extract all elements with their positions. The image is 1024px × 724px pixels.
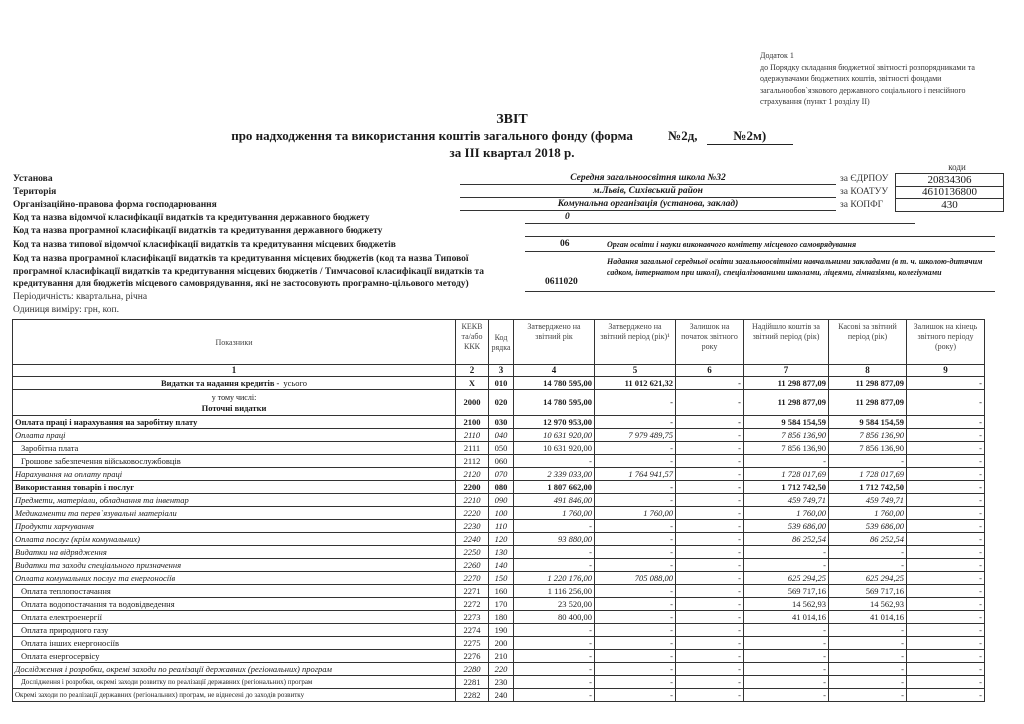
value-cell: - (829, 676, 907, 689)
value-cell: - (676, 676, 744, 689)
row-code-cell: 150 (489, 572, 514, 585)
value-cell: - (595, 455, 676, 468)
kekv-cell: 2274 (456, 624, 489, 637)
value-cell: - (676, 494, 744, 507)
row-label: Видатки та заходи спеціального призначен… (13, 559, 456, 572)
value-cell: 12 970 953,00 (514, 416, 595, 429)
value-cell: - (676, 377, 744, 390)
value-cell: - (744, 559, 829, 572)
value-cell: - (676, 650, 744, 663)
col-header: Код рядка (489, 320, 514, 365)
row-code-cell: 140 (489, 559, 514, 572)
table-row: Видатки та надання кредитів -усьогоX0101… (13, 377, 985, 390)
value-cell: - (595, 533, 676, 546)
kekv-cell: 2272 (456, 598, 489, 611)
row-code-cell: 220 (489, 663, 514, 676)
table-row: Видатки на відрядження2250130------ (13, 546, 985, 559)
kekv-cell: X (456, 377, 489, 390)
col-header: Залишок на кінець звітного періоду (року… (907, 320, 985, 365)
value-cell: 1 760,00 (514, 507, 595, 520)
kekv-cell: 2111 (456, 442, 489, 455)
value-cell: 9 584 154,59 (829, 416, 907, 429)
col-number: 5 (595, 365, 676, 377)
value-cell: 1 728 017,69 (744, 468, 829, 481)
dept-class-label: Код та назва відомчої класифікації видат… (13, 213, 370, 223)
value-cell: - (907, 520, 985, 533)
institution-value: Середня загальноосвітня школа №32 (460, 173, 836, 185)
row-label: Оплата теплопостачання (13, 585, 456, 598)
annex-note: Додаток 1 до Порядку складання бюджетної… (760, 50, 1000, 108)
value-cell: - (829, 663, 907, 676)
row-label: Використання товарів і послуг (13, 481, 456, 494)
value-cell: - (744, 624, 829, 637)
kekv-cell: 2250 (456, 546, 489, 559)
table-row: Оплата праці і нарахування на заробітну … (13, 416, 985, 429)
kekv-cell: 2276 (456, 650, 489, 663)
col-header: Затверджено на звітний період (рік)¹ (595, 320, 676, 365)
row-code-cell: 130 (489, 546, 514, 559)
value-cell: - (676, 624, 744, 637)
prog-class-label: Код та назва програмної класифікації вид… (13, 226, 382, 236)
value-cell: - (907, 390, 985, 416)
institution-label: Установа (13, 174, 53, 184)
territory-label: Територія (13, 187, 56, 197)
value-cell: - (676, 546, 744, 559)
value-cell: - (676, 559, 744, 572)
value-cell: - (907, 611, 985, 624)
value-cell: 1 712 742,50 (744, 481, 829, 494)
row-label: Нарахування на оплату праці (13, 468, 456, 481)
value-cell: - (595, 494, 676, 507)
value-cell: 1 728 017,69 (829, 468, 907, 481)
value-cell: - (676, 455, 744, 468)
row-code-cell: 170 (489, 598, 514, 611)
value-cell: 1 764 941,57 (595, 468, 676, 481)
value-cell: - (907, 546, 985, 559)
annex-line: загальнообов`язкового державного соціаль… (760, 85, 1000, 97)
value-cell: 14 780 595,00 (514, 377, 595, 390)
territory-value: м.Львів, Сихівський район (460, 186, 836, 198)
row-label: Дослідження і розробки, окремі заходи по… (13, 663, 456, 676)
value-cell: - (676, 390, 744, 416)
value-cell: - (744, 676, 829, 689)
value-cell: - (907, 572, 985, 585)
kekv-cell: 2240 (456, 533, 489, 546)
value-cell: - (676, 533, 744, 546)
value-cell: - (907, 481, 985, 494)
value-cell: - (907, 533, 985, 546)
value-cell: - (907, 442, 985, 455)
value-cell: - (595, 611, 676, 624)
value-cell: 459 749,71 (829, 494, 907, 507)
local-prog-field: 0611020 Надання загальної середньої осві… (525, 254, 995, 292)
kekv-cell: 2230 (456, 520, 489, 533)
value-cell: 625 294,25 (744, 572, 829, 585)
table-row: Продукти харчування2230110---539 686,005… (13, 520, 985, 533)
row-label: Оплата електроенергії (13, 611, 456, 624)
table-row: Заробітна плата211105010 631 920,00--7 8… (13, 442, 985, 455)
value-cell: - (907, 455, 985, 468)
value-cell: - (595, 390, 676, 416)
value-cell: - (744, 689, 829, 702)
row-label: Заробітна плата (13, 442, 456, 455)
kekv-cell: 2200 (456, 481, 489, 494)
koatuu-label: за КОАТУУ (840, 187, 888, 197)
col-header: Затверджено на звітний рік (514, 320, 595, 365)
row-code-cell: 040 (489, 429, 514, 442)
kekv-cell: 2260 (456, 559, 489, 572)
value-cell: 86 252,54 (829, 533, 907, 546)
row-label-text: Видатки та надання кредитів - (161, 378, 279, 388)
row-code-cell: 120 (489, 533, 514, 546)
table-row: Медикаменти та перев`язувальні матеріали… (13, 507, 985, 520)
value-cell: 1 760,00 (595, 507, 676, 520)
value-cell: - (595, 585, 676, 598)
value-cell: 9 584 154,59 (744, 416, 829, 429)
table-row: Нарахування на оплату праці21200702 339 … (13, 468, 985, 481)
value-cell: 23 520,00 (514, 598, 595, 611)
value-cell: - (676, 572, 744, 585)
typical-dept-code: 06 (560, 239, 570, 249)
kekv-cell: 2110 (456, 429, 489, 442)
value-cell: - (595, 416, 676, 429)
typical-dept-label: Код та назва типової відомчої класифікац… (13, 240, 396, 250)
value-cell: - (676, 637, 744, 650)
typical-dept-name: Орган освіти і науки виконавчого комітет… (607, 240, 856, 249)
column-number-row: 1 2 3 4 5 6 7 8 9 (13, 365, 985, 377)
value-cell: - (907, 377, 985, 390)
col-number: 7 (744, 365, 829, 377)
kekv-cell: 2282 (456, 689, 489, 702)
col-number: 3 (489, 365, 514, 377)
value-cell: - (595, 559, 676, 572)
value-cell: - (829, 455, 907, 468)
row-code-cell: 020 (489, 390, 514, 416)
value-cell: 41 014,16 (829, 611, 907, 624)
row-label-prefix: у тому числі: (15, 392, 453, 403)
value-cell: 1 116 256,00 (514, 585, 595, 598)
row-code-cell: 190 (489, 624, 514, 637)
row-label-text: Поточні видатки (15, 403, 453, 414)
form-number-b: №2м) (707, 128, 793, 145)
value-cell: - (829, 637, 907, 650)
kekv-cell: 2100 (456, 416, 489, 429)
col-number: 6 (676, 365, 744, 377)
value-cell: 1 760,00 (744, 507, 829, 520)
row-label: Медикаменти та перев`язувальні матеріали (13, 507, 456, 520)
value-cell: - (595, 598, 676, 611)
value-cell: - (514, 520, 595, 533)
col-number: 8 (829, 365, 907, 377)
codes-header: коди (912, 162, 1002, 172)
value-cell: - (514, 689, 595, 702)
row-label: Видатки на відрядження (13, 546, 456, 559)
value-cell: 11 298 877,09 (744, 390, 829, 416)
value-cell: - (907, 689, 985, 702)
value-cell: - (676, 507, 744, 520)
value-cell: - (676, 611, 744, 624)
value-cell: 569 717,16 (744, 585, 829, 598)
value-cell: - (744, 650, 829, 663)
typical-dept-field: 06 Орган освіти і науки виконавчого комі… (525, 239, 995, 252)
dept-class-value: 0 (525, 212, 915, 224)
row-code-cell: 240 (489, 689, 514, 702)
value-cell: - (595, 689, 676, 702)
report-subtitle: про надходження та використання коштів з… (0, 128, 1024, 145)
row-code-cell: 050 (489, 442, 514, 455)
table-row: Оплата послуг (крім комунальних)22401209… (13, 533, 985, 546)
annex-line: до Порядку складання бюджетної звітності… (760, 62, 1000, 74)
value-cell: - (514, 559, 595, 572)
row-code-cell: 210 (489, 650, 514, 663)
value-cell: - (829, 546, 907, 559)
value-cell: 1 807 662,00 (514, 481, 595, 494)
table-row: Грошове забезпечення військовослужбовців… (13, 455, 985, 468)
value-cell: - (907, 650, 985, 663)
value-cell: 14 562,93 (744, 598, 829, 611)
row-label: Оплата енергосервісу (13, 650, 456, 663)
local-prog-code: 0611020 (545, 277, 578, 287)
value-cell: - (907, 676, 985, 689)
value-cell: 569 717,16 (829, 585, 907, 598)
value-cell: 10 631 920,00 (514, 429, 595, 442)
value-cell: 93 880,00 (514, 533, 595, 546)
kekv-cell: 2281 (456, 676, 489, 689)
value-cell: - (907, 598, 985, 611)
value-cell: - (907, 559, 985, 572)
kopfg-label: за КОПФГ (840, 200, 883, 210)
value-cell: - (595, 650, 676, 663)
table-row: Предмети, матеріали, обладнання та інвен… (13, 494, 985, 507)
table-row: Дослідження і розробки, окремі заходи ро… (13, 676, 985, 689)
row-code-cell: 230 (489, 676, 514, 689)
row-code-cell: 070 (489, 468, 514, 481)
value-cell: 11 012 621,32 (595, 377, 676, 390)
table-row: Видатки та заходи спеціального призначен… (13, 559, 985, 572)
local-prog-name: Надання загальної середньої освіти загал… (607, 256, 987, 278)
value-cell: - (676, 689, 744, 702)
row-code-cell: 160 (489, 585, 514, 598)
row-label: Оплата водопостачання та водовідведення (13, 598, 456, 611)
row-label: Дослідження і розробки, окремі заходи ро… (13, 676, 456, 689)
value-cell: 11 298 877,09 (829, 390, 907, 416)
kekv-cell: 2270 (456, 572, 489, 585)
value-cell: 14 780 595,00 (514, 390, 595, 416)
org-form-label: Організаційно-правова форма господарюван… (13, 200, 217, 210)
col-header: Залишок на початок звітного року (676, 320, 744, 365)
value-cell: - (514, 546, 595, 559)
value-cell: - (595, 663, 676, 676)
annex-line: одержувачами бюджетних коштів, звітності… (760, 73, 1000, 85)
value-cell: - (514, 624, 595, 637)
value-cell: 11 298 877,09 (744, 377, 829, 390)
value-cell: - (676, 520, 744, 533)
value-cell: - (514, 455, 595, 468)
annex-line: Додаток 1 (760, 50, 1000, 62)
row-code-cell: 090 (489, 494, 514, 507)
value-cell: - (907, 585, 985, 598)
value-cell: - (907, 507, 985, 520)
value-cell: 11 298 877,09 (829, 377, 907, 390)
annex-line: страхування (пункт 1 розділу II) (760, 96, 1000, 108)
value-cell: 2 339 033,00 (514, 468, 595, 481)
value-cell: - (676, 663, 744, 676)
value-cell: 7 856 136,90 (744, 429, 829, 442)
value-cell: 80 400,00 (514, 611, 595, 624)
col-header: Касові за звітний період (рік) (829, 320, 907, 365)
value-cell: 705 088,00 (595, 572, 676, 585)
value-cell: - (514, 650, 595, 663)
periodicity: Періодичність: квартальна, річна (13, 292, 147, 302)
prog-class-value (525, 225, 995, 237)
col-number: 2 (456, 365, 489, 377)
col-number: 9 (907, 365, 985, 377)
col-header: Показники (13, 320, 456, 365)
report-table: Показники КЕКВ та/або ККК Код рядка Затв… (12, 319, 985, 702)
row-label: Оплата праці і нарахування на заробітну … (13, 416, 456, 429)
row-code-cell: 030 (489, 416, 514, 429)
value-cell: - (907, 637, 985, 650)
col-number: 4 (514, 365, 595, 377)
value-cell: 491 846,00 (514, 494, 595, 507)
org-form-value: Комунальна організація (установа, заклад… (460, 199, 836, 211)
value-cell: 14 562,93 (829, 598, 907, 611)
value-cell: - (744, 637, 829, 650)
value-cell: - (907, 468, 985, 481)
row-label: Оплата природного газу (13, 624, 456, 637)
value-cell: - (595, 637, 676, 650)
value-cell: 7 979 489,75 (595, 429, 676, 442)
value-cell: - (907, 429, 985, 442)
table-row: Оплата праці211004010 631 920,007 979 48… (13, 429, 985, 442)
kekv-cell: 2275 (456, 637, 489, 650)
kekv-cell: 2273 (456, 611, 489, 624)
row-label: Окремі заходи по реалізації державних (р… (13, 689, 456, 702)
value-cell: - (595, 546, 676, 559)
value-cell: 1 760,00 (829, 507, 907, 520)
row-code-cell: 110 (489, 520, 514, 533)
value-cell: - (907, 663, 985, 676)
value-cell: 539 686,00 (829, 520, 907, 533)
koatuu-code: 4610136800 (895, 186, 1004, 199)
row-label: Видатки та надання кредитів -усього (13, 377, 456, 390)
value-cell: - (829, 559, 907, 572)
kekv-cell: 2000 (456, 390, 489, 416)
table-row: Оплата електроенергії227318080 400,00--4… (13, 611, 985, 624)
row-label: Грошове забезпечення військовослужбовців (13, 455, 456, 468)
kekv-cell: 2280 (456, 663, 489, 676)
row-label: Оплата послуг (крім комунальних) (13, 533, 456, 546)
value-cell: - (676, 416, 744, 429)
value-cell: - (829, 624, 907, 637)
row-label: Оплата праці (13, 429, 456, 442)
table-row: Оплата енергосервісу2276210------ (13, 650, 985, 663)
edrpou-code: 20834306 (895, 173, 1004, 187)
row-code-cell: 080 (489, 481, 514, 494)
table-row: Оплата водопостачання та водовідведення2… (13, 598, 985, 611)
value-cell: 539 686,00 (744, 520, 829, 533)
kekv-cell: 2120 (456, 468, 489, 481)
row-label: Оплата комунальних послуг та енергоносії… (13, 572, 456, 585)
row-code-cell: 180 (489, 611, 514, 624)
value-cell: - (595, 481, 676, 494)
table-row: Дослідження і розробки, окремі заходи по… (13, 663, 985, 676)
value-cell: - (907, 416, 985, 429)
form-number-a: №2д, (668, 128, 697, 144)
value-cell: - (676, 442, 744, 455)
value-cell: 1 712 742,50 (829, 481, 907, 494)
report-period: за III квартал 2018 р. (0, 145, 1024, 161)
row-label: у тому числі:Поточні видатки (13, 390, 456, 416)
row-code-cell: 200 (489, 637, 514, 650)
value-cell: - (676, 585, 744, 598)
col-header: Надійшло коштів за звітний період (рік) (744, 320, 829, 365)
value-cell: - (595, 520, 676, 533)
value-cell: 459 749,71 (744, 494, 829, 507)
value-cell: 86 252,54 (744, 533, 829, 546)
value-cell: - (744, 546, 829, 559)
value-cell: 10 631 920,00 (514, 442, 595, 455)
value-cell: - (514, 663, 595, 676)
table-row: Оплата комунальних послуг та енергоносії… (13, 572, 985, 585)
value-cell: 7 856 136,90 (829, 429, 907, 442)
value-cell: 7 856 136,90 (744, 442, 829, 455)
value-cell: - (907, 624, 985, 637)
table-header-row: Показники КЕКВ та/або ККК Код рядка Затв… (13, 320, 985, 365)
col-header: КЕКВ та/або ККК (456, 320, 489, 365)
kekv-cell: 2220 (456, 507, 489, 520)
table-row: Оплата природного газу2274190------ (13, 624, 985, 637)
value-cell: - (676, 481, 744, 494)
row-code-cell: 100 (489, 507, 514, 520)
value-cell: 1 220 176,00 (514, 572, 595, 585)
value-cell: - (829, 689, 907, 702)
value-cell: - (595, 624, 676, 637)
edrpou-label: за ЄДРПОУ (840, 174, 888, 184)
value-cell: - (514, 676, 595, 689)
report-title: ЗВІТ (0, 112, 1024, 128)
value-cell: 7 856 136,90 (829, 442, 907, 455)
table-row: Використання товарів і послуг22000801 80… (13, 481, 985, 494)
row-label-suffix: усього (283, 378, 307, 388)
local-prog-label: Код та назва програмної класифікації вид… (13, 253, 503, 291)
table-row: у тому числі:Поточні видатки200002014 78… (13, 390, 985, 416)
value-cell: - (676, 429, 744, 442)
value-cell: 625 294,25 (829, 572, 907, 585)
value-cell: 41 014,16 (744, 611, 829, 624)
row-label: Предмети, матеріали, обладнання та інвен… (13, 494, 456, 507)
table-row: Окремі заходи по реалізації державних (р… (13, 689, 985, 702)
row-label: Продукти харчування (13, 520, 456, 533)
kekv-cell: 2271 (456, 585, 489, 598)
value-cell: - (676, 468, 744, 481)
value-cell: - (676, 598, 744, 611)
col-number: 1 (13, 365, 456, 377)
value-cell: - (744, 455, 829, 468)
table-row: Оплата інших енергоносіїв2275200------ (13, 637, 985, 650)
value-cell: - (907, 494, 985, 507)
kopfg-code: 430 (895, 199, 1004, 212)
kekv-cell: 2112 (456, 455, 489, 468)
row-label: Оплата інших енергоносіїв (13, 637, 456, 650)
subtitle-text: про надходження та використання коштів з… (231, 128, 633, 143)
kekv-cell: 2210 (456, 494, 489, 507)
table-row: Оплата теплопостачання22711601 116 256,0… (13, 585, 985, 598)
row-code-cell: 010 (489, 377, 514, 390)
value-cell: - (514, 637, 595, 650)
value-cell: - (595, 676, 676, 689)
value-cell: - (595, 442, 676, 455)
